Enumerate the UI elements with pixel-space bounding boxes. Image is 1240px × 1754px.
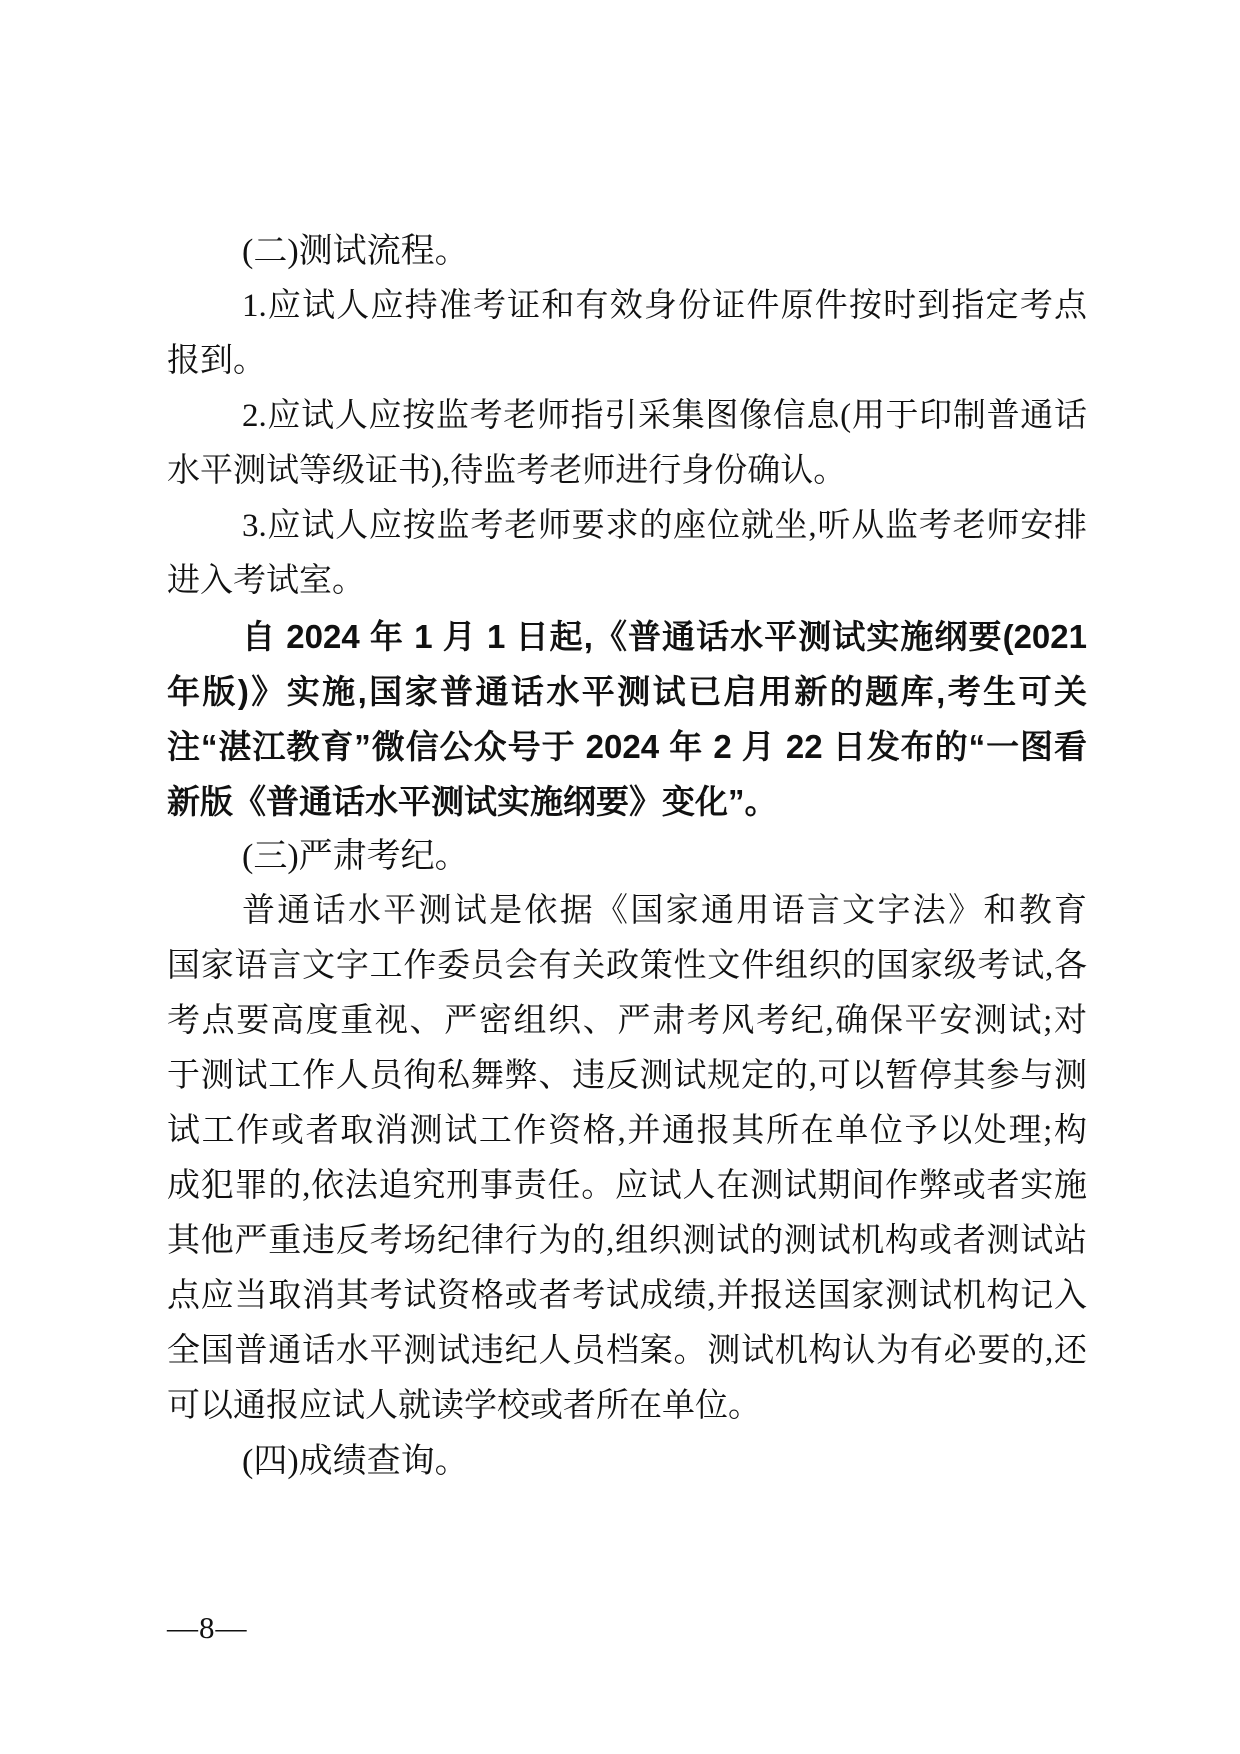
document-page: (二)测试流程。 1.应试人应持准考证和有效身份证件原件按时到指定考点 报到。 …: [0, 0, 1240, 1754]
text-line: 水平测试等级证书),待监考老师进行身份确认。: [167, 444, 1087, 499]
page-number: —8—: [167, 1603, 248, 1653]
text-line: 国家语言文字工作委员会有关政策性文件组织的国家级考试,各: [167, 939, 1087, 994]
section-heading-2: (二)测试流程。: [167, 224, 1087, 279]
text-line: 成犯罪的,依法追究刑事责任。应试人在测试期间作弊或者实施: [167, 1159, 1087, 1214]
text-line-emphasis: 注“湛江教育”微信公众号于 2024 年 2 月 22 日发布的“一图看懂: [167, 719, 1087, 774]
text-line: 可以通报应试人就读学校或者所在单位。: [167, 1379, 1087, 1434]
text-line: 3.应试人应按监考老师要求的座位就坐,听从监考老师安排: [167, 499, 1087, 554]
text-line: 1.应试人应持准考证和有效身份证件原件按时到指定考点: [167, 279, 1087, 334]
section-heading-4: (四)成绩查询。: [167, 1434, 1087, 1489]
text-line-emphasis: 年版)》实施,国家普通话水平测试已启用新的题库,考生可关: [167, 664, 1087, 719]
text-line: 进入考试室。: [167, 554, 1087, 609]
text-line: 其他严重违反考场纪律行为的,组织测试的测试机构或者测试站: [167, 1214, 1087, 1269]
text-line: 报到。: [167, 334, 1087, 389]
text-line: 普通话水平测试是依据《国家通用语言文字法》和教育部、: [167, 884, 1087, 939]
text-line: 考点要高度重视、严密组织、严肃考风考纪,确保平安测试;对: [167, 994, 1087, 1049]
text-line: 全国普通话水平测试违纪人员档案。测试机构认为有必要的,还: [167, 1324, 1087, 1379]
section-heading-3: (三)严肃考纪。: [167, 829, 1087, 884]
text-line: 试工作或者取消测试工作资格,并通报其所在单位予以处理;构: [167, 1104, 1087, 1159]
text-line-emphasis: 自 2024 年 1 月 1 日起,《普通话水平测试实施纲要(2021: [167, 609, 1087, 664]
document-text-block: (二)测试流程。 1.应试人应持准考证和有效身份证件原件按时到指定考点 报到。 …: [167, 224, 1087, 1489]
text-line: 点应当取消其考试资格或者考试成绩,并报送国家测试机构记入: [167, 1269, 1087, 1324]
text-line-emphasis: 新版《普通话水平测试实施纲要》变化”。: [167, 774, 1087, 829]
text-line: 2.应试人应按监考老师指引采集图像信息(用于印制普通话: [167, 389, 1087, 444]
text-line: 于测试工作人员徇私舞弊、违反测试规定的,可以暂停其参与测: [167, 1049, 1087, 1104]
